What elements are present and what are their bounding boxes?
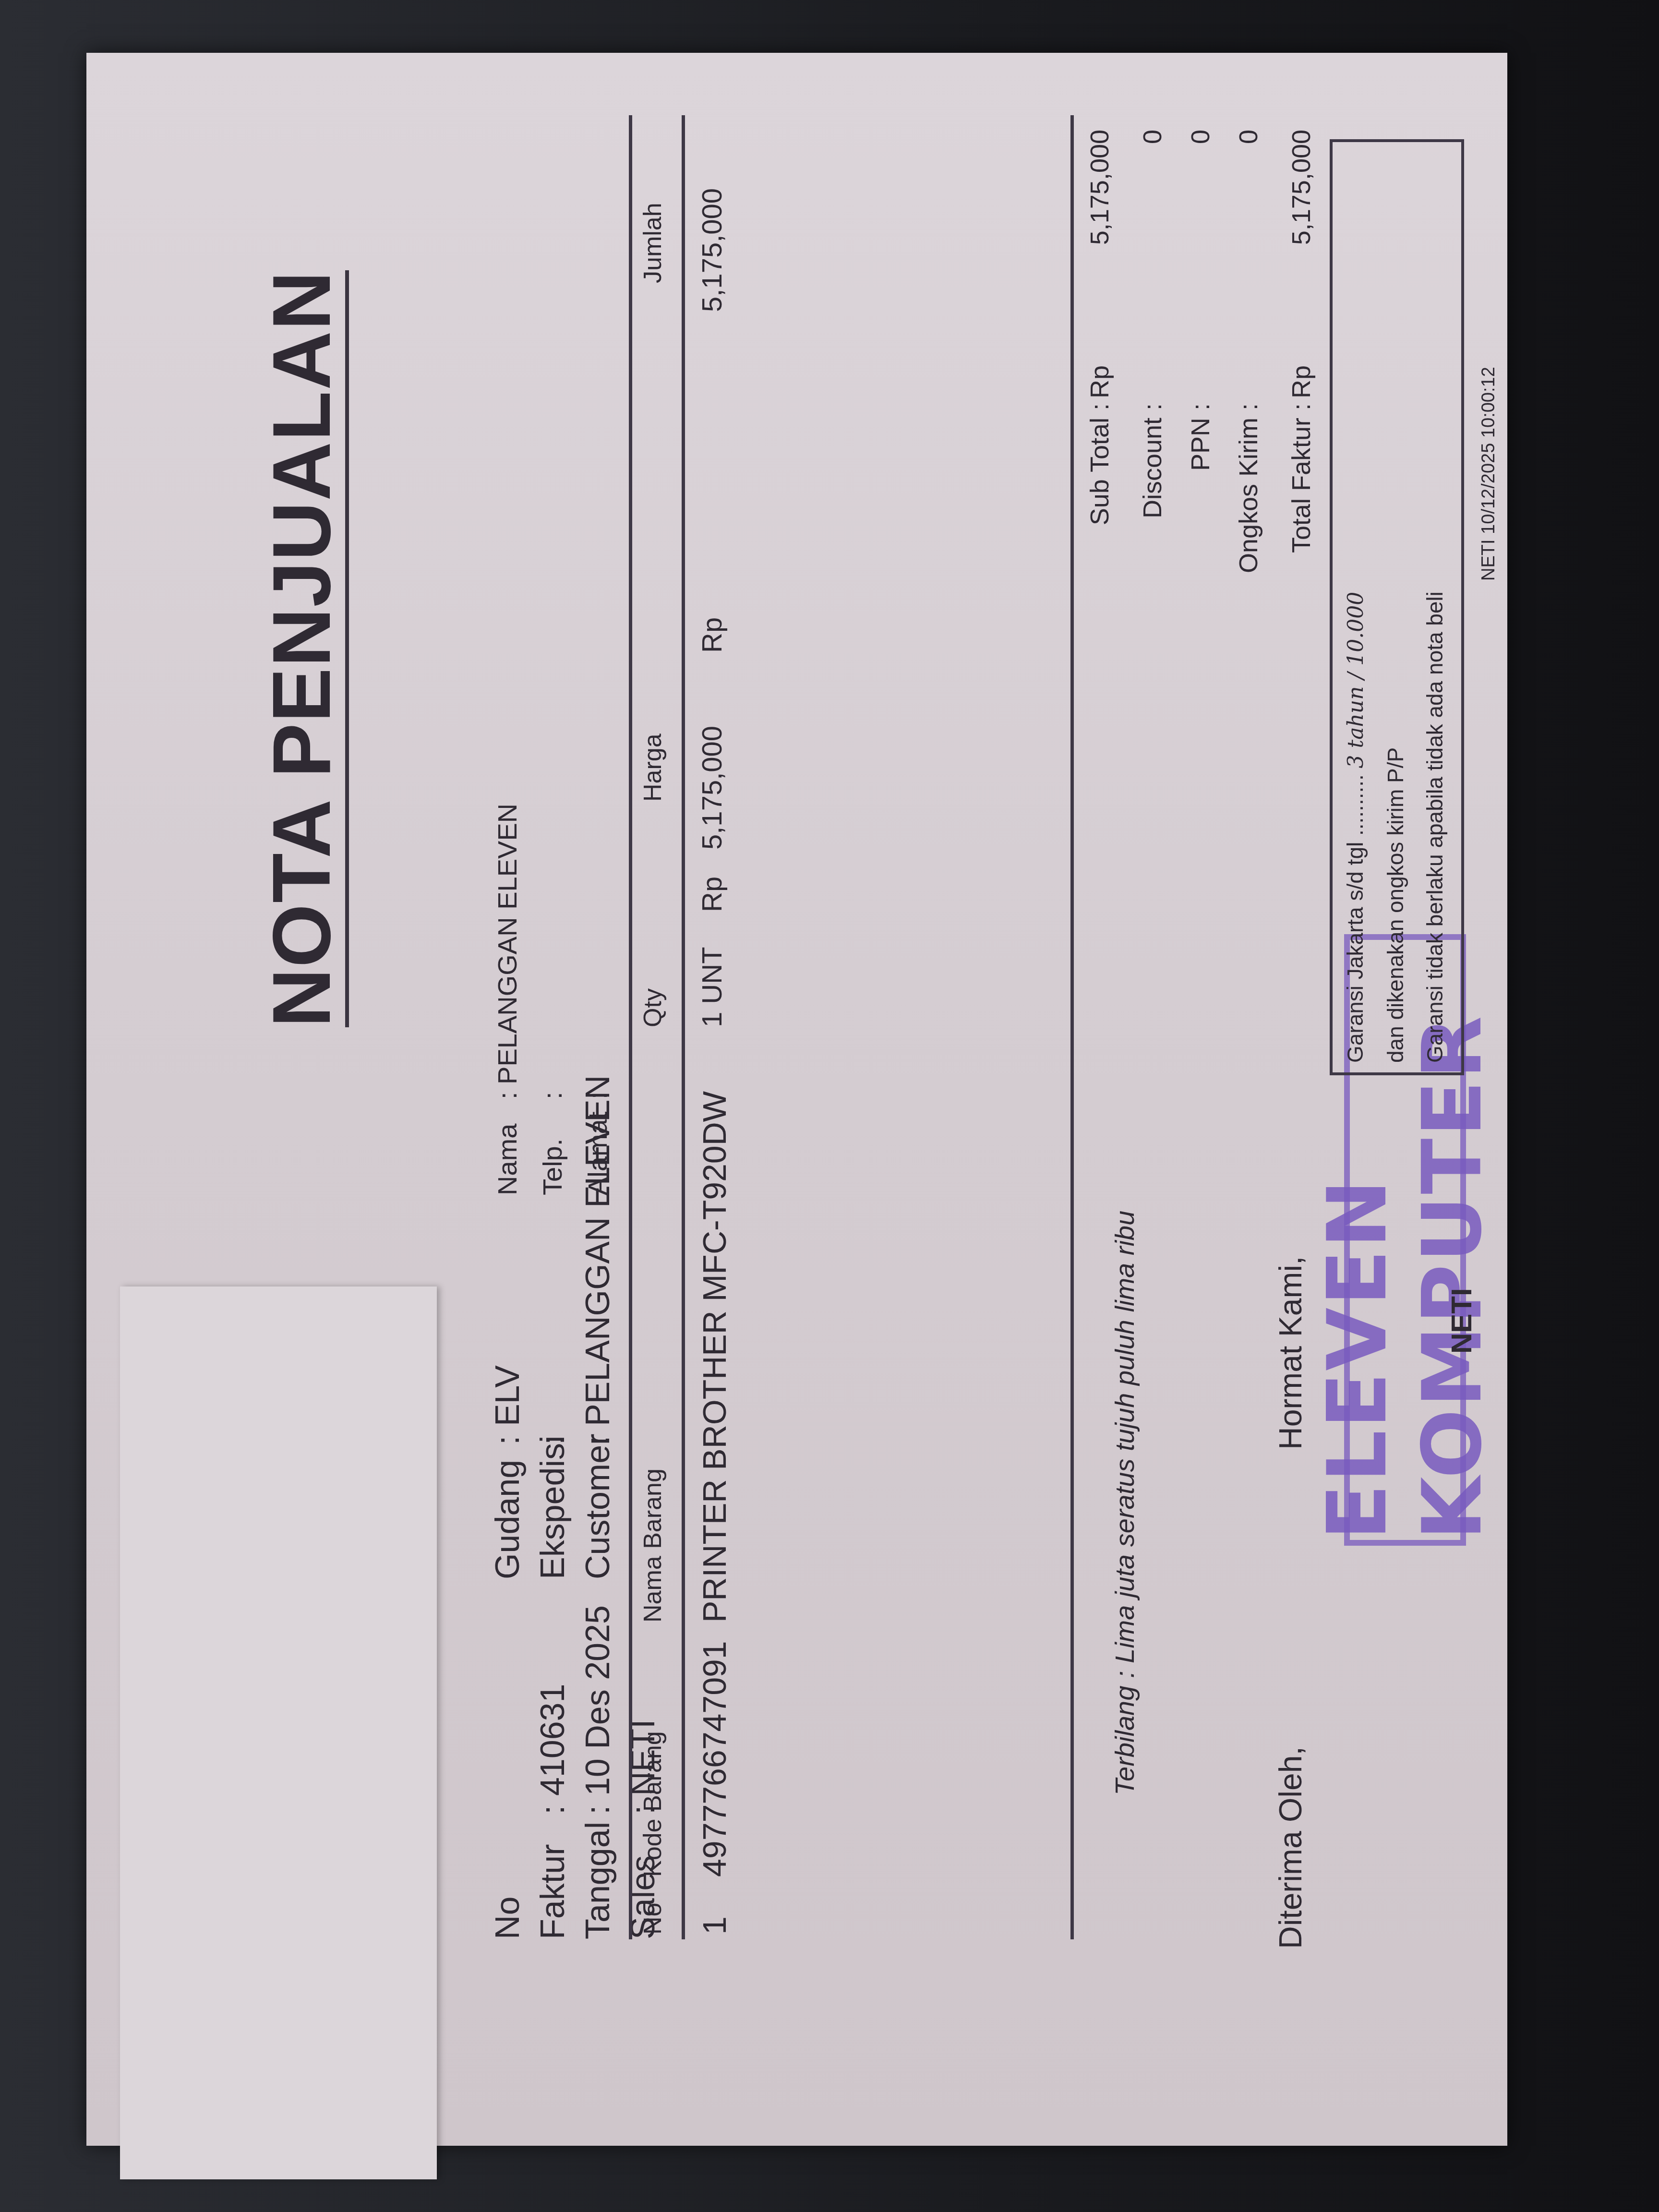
- total-value: 5,175,000: [1286, 130, 1316, 360]
- divider: [1070, 115, 1074, 1939]
- subtotal-label: Sub Total :: [1085, 403, 1115, 643]
- warranty-box: Garansi Jakarta s/d tgl .......... 3 tah…: [1330, 139, 1464, 1075]
- row-no: 1: [696, 1916, 733, 1935]
- field-no-faktur: No Faktur: 410631: [485, 1605, 575, 1939]
- column-header-nama: Nama Barang: [638, 1468, 667, 1623]
- column-header-harga: Harga: [638, 733, 667, 802]
- ppn-label: PPN :: [1186, 403, 1215, 643]
- regards-label: Hormat Kami,: [1272, 1256, 1309, 1450]
- warranty-line-1: Garansi Jakarta s/d tgl .......... 3 tah…: [1335, 152, 1376, 1063]
- subtotal-currency: Rp: [1085, 365, 1115, 398]
- column-header-no: No: [638, 1903, 667, 1935]
- column-header-jumlah: Jumlah: [638, 203, 667, 283]
- amount-in-words: Terbilang : Lima juta seratus tujuh pulu…: [1109, 1211, 1140, 1795]
- divider: [682, 115, 685, 1939]
- discount-value: 0: [1138, 130, 1167, 360]
- row-jumlah: 5,175,000: [696, 188, 728, 312]
- header-right: Nama: PELANGGAN ELEVEN Telp.: Alamat:: [485, 804, 620, 1195]
- total-label: Total Faktur :: [1286, 403, 1316, 643]
- discount-label: Discount :: [1138, 403, 1167, 643]
- row-harga-currency: Rp: [696, 877, 728, 912]
- print-timestamp: NETI 10/12/2025 10:00:12: [1479, 367, 1499, 581]
- handwritten-warranty: 3 tahun / 10.000: [1344, 592, 1368, 769]
- row-jumlah-currency: Rp: [696, 617, 728, 653]
- received-by-label: Diterima Oleh,: [1272, 1746, 1309, 1949]
- signer-name: NETI: [1445, 1288, 1478, 1354]
- field-nama: Nama: PELANGGAN ELEVEN: [485, 804, 530, 1195]
- field-alamat: Alamat:: [575, 804, 620, 1195]
- sales-receipt: NOTA PENJUALAN No Faktur: 410631 Tanggal…: [86, 101, 1507, 2146]
- field-tanggal: Tanggal: 10 Des 2025: [575, 1605, 620, 1939]
- row-nama: PRINTER BROTHER MFC-T920DW: [696, 1091, 733, 1623]
- row-kode: 4977766747091: [696, 1641, 733, 1877]
- row-harga: 5,175,000: [696, 726, 728, 850]
- column-header-qty: Qty: [638, 988, 667, 1027]
- shipping-label: Ongkos Kirim :: [1234, 403, 1263, 643]
- column-header-kode: Kode Barang: [638, 1731, 667, 1877]
- subtotal-value: 5,175,000: [1085, 130, 1115, 360]
- row-qty: 1 UNT: [696, 947, 728, 1027]
- field-telp: Telp.:: [530, 804, 575, 1195]
- document-title: NOTA PENJUALAN: [259, 270, 349, 1027]
- warranty-line-3: Garansi tidak berlaku apabila tidak ada …: [1415, 152, 1455, 1063]
- shipping-value: 0: [1234, 130, 1263, 360]
- ppn-value: 0: [1186, 130, 1215, 360]
- warranty-line-2: dan dikenakan ongkos kirim P/P: [1376, 152, 1415, 1063]
- total-currency: Rp: [1286, 365, 1316, 398]
- divider: [629, 115, 632, 1939]
